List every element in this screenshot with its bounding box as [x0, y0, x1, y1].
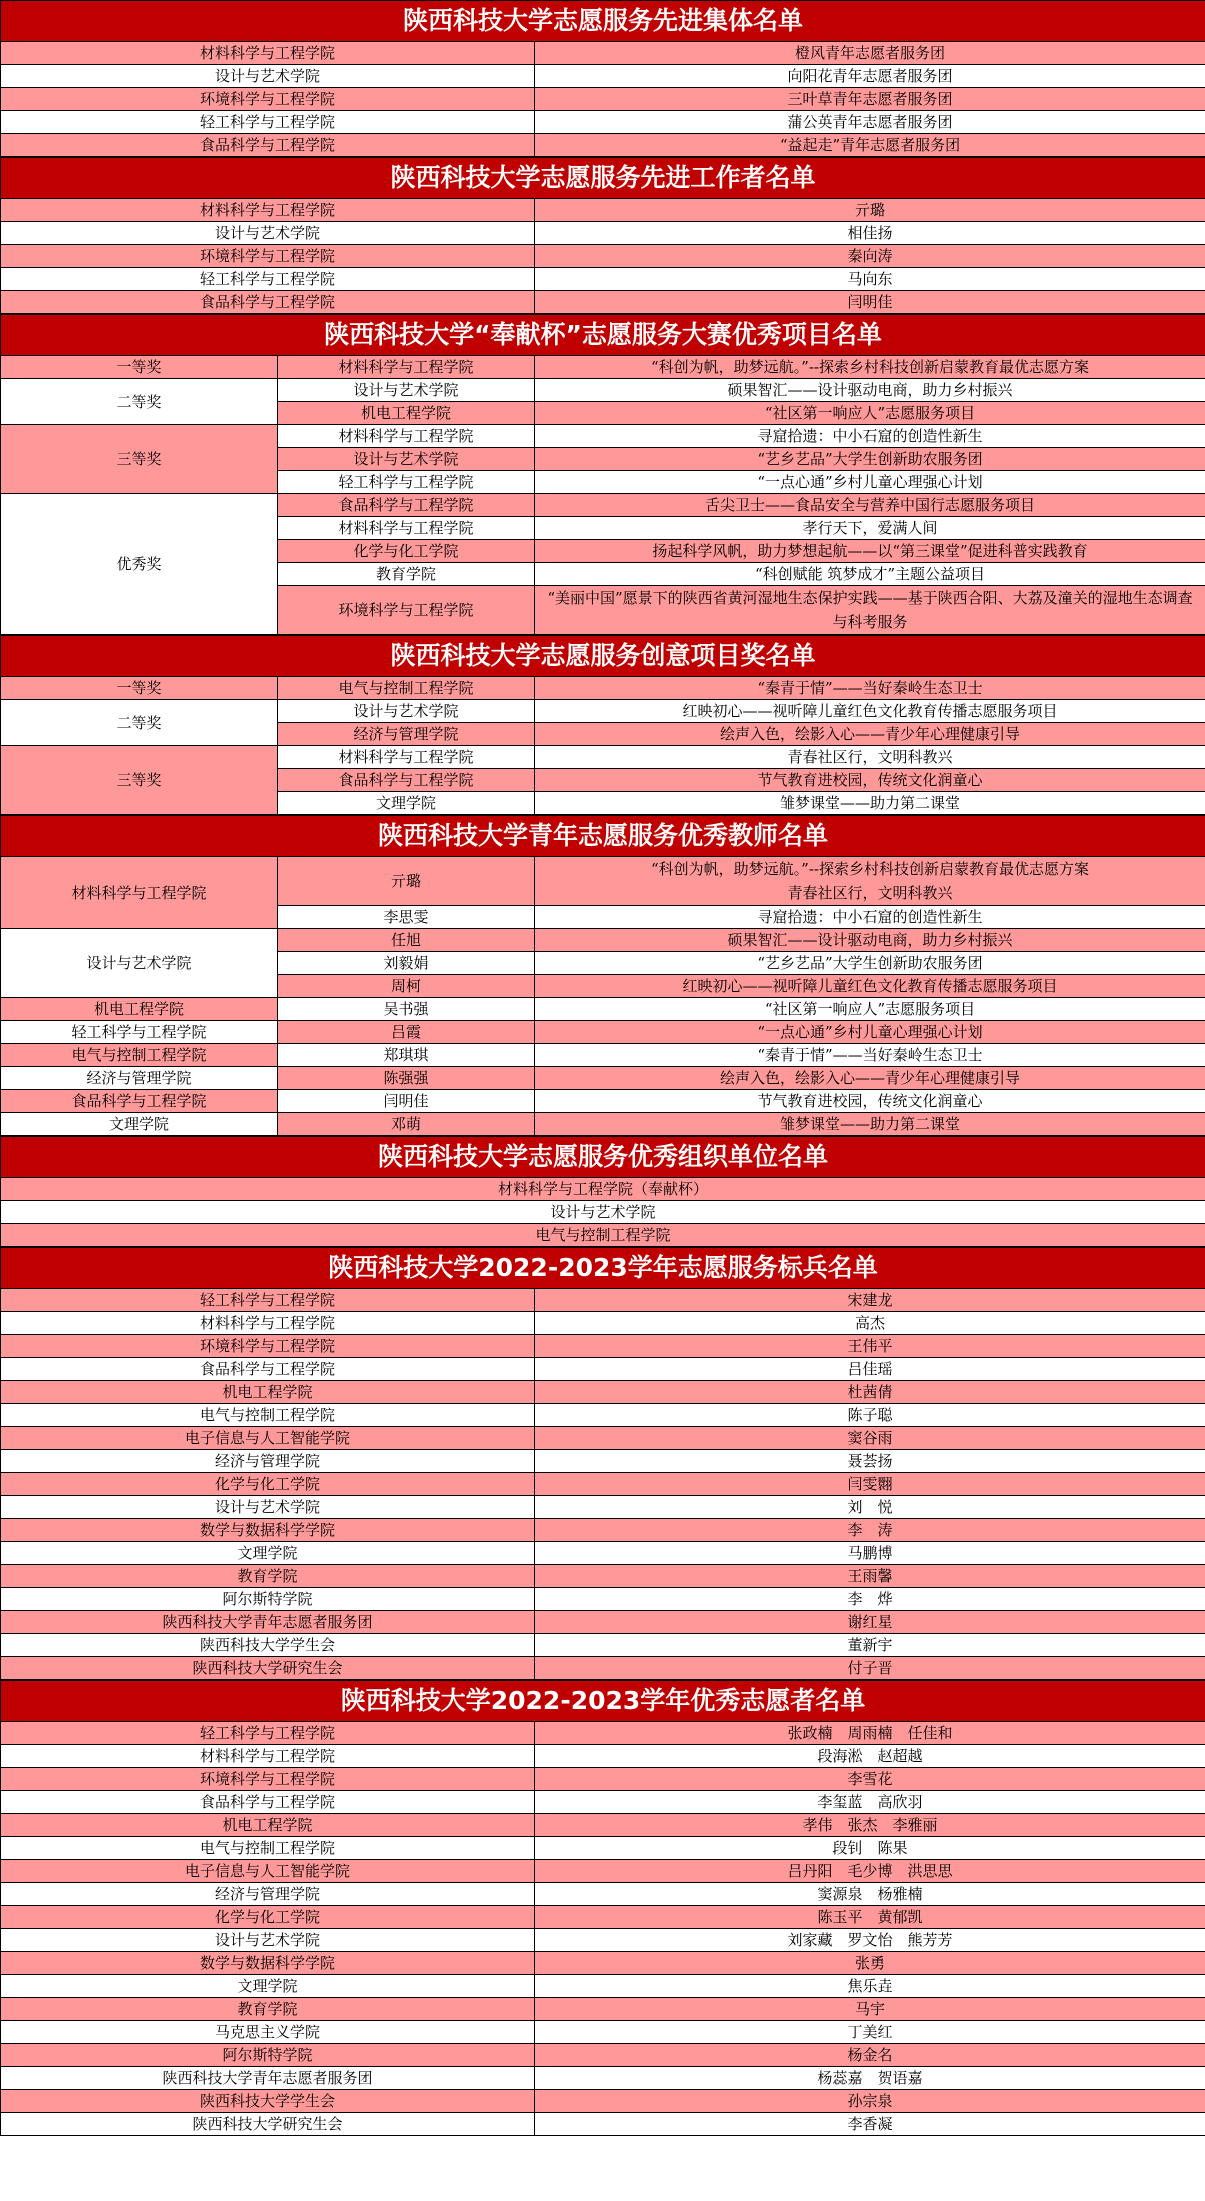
- award-list-document: 陕西科技大学志愿服务先进集体名单材料科学与工程学院橙风青年志愿者服务团设计与艺术…: [0, 0, 1205, 2136]
- section-title: 陕西科技大学志愿服务优秀组织单位名单: [1, 1137, 1205, 1178]
- table-row: 电气与控制工程学院段钊 陈果: [1, 1837, 1205, 1860]
- table-row: 材料科学与工程学院亓璐“科创为帆，助梦远航。”--探索乡村科技创新启蒙教育最优志…: [1, 857, 1205, 906]
- project-cell: 孝行天下，爱满人间: [535, 517, 1205, 540]
- section-header-row: 陕西科技大学志愿服务先进集体名单: [1, 1, 1205, 42]
- section-title: 陕西科技大学志愿服务先进工作者名单: [1, 158, 1205, 199]
- table-row: 设计与艺术学院: [1, 1201, 1205, 1224]
- teacher-name-cell: 闫明佳: [278, 1090, 535, 1113]
- award-level-cell: 二等奖: [1, 379, 278, 425]
- table-row: 机电工程学院孝伟 张杰 李雅丽: [1, 1814, 1205, 1837]
- college-cell: 电子信息与人工智能学院: [1, 1860, 535, 1883]
- value-cell: 谢红星: [535, 1611, 1205, 1634]
- value-cell: 马鹏博: [535, 1542, 1205, 1565]
- value-cell: 窦源泉 杨雅楠: [535, 1883, 1205, 1906]
- table-row: 马克思主义学院丁美红: [1, 2021, 1205, 2044]
- value-cell: 王雨馨: [535, 1565, 1205, 1588]
- value-cell: 段钊 陈果: [535, 1837, 1205, 1860]
- table-row: 电气与控制工程学院郑琪琪“秦青于情”——当好秦岭生态卫士: [1, 1044, 1205, 1067]
- project-cell: “一点心通”乡村儿童心理强心计划: [535, 1021, 1205, 1044]
- section-title: 陕西科技大学志愿服务创意项目奖名单: [1, 636, 1205, 677]
- section-title: 陕西科技大学“奉献杯”志愿服务大赛优秀项目名单: [1, 315, 1205, 356]
- value-cell: 张政楠 周雨楠 任佳和: [535, 1722, 1205, 1745]
- college-cell: 教育学院: [1, 1565, 535, 1588]
- project-cell: “社区第一响应人”志愿服务项目: [535, 998, 1205, 1021]
- college-cell: 机电工程学院: [1, 1814, 535, 1837]
- teacher-name-cell: 亓璐: [278, 857, 535, 906]
- value-cell: 段海淞 赵超越: [535, 1745, 1205, 1768]
- table-row: 环境科学与工程学院李雪花: [1, 1768, 1205, 1791]
- section-header-row: 陕西科技大学“奉献杯”志愿服务大赛优秀项目名单: [1, 315, 1205, 356]
- section-header-row: 陕西科技大学志愿服务创意项目奖名单: [1, 636, 1205, 677]
- college-cell: 电气与控制工程学院: [278, 677, 535, 700]
- section-header-row: 陕西科技大学青年志愿服务优秀教师名单: [1, 816, 1205, 857]
- table-row: 文理学院邓萌雏梦课堂——助力第二课堂: [1, 1113, 1205, 1136]
- project-cell: “科创为帆，助梦远航。”--探索乡村科技创新启蒙教育最优志愿方案: [535, 356, 1205, 379]
- table-row: 三等奖材料科学与工程学院寻窟拾遗：中小石窟的创造性新生: [1, 425, 1205, 448]
- table-row: 材料科学与工程学院高杰: [1, 1312, 1205, 1335]
- table-row: 二等奖设计与艺术学院硕果智汇——设计驱动电商，助力乡村振兴: [1, 379, 1205, 402]
- project-cell: 节气教育进校园，传统文化润童心: [535, 769, 1205, 792]
- table-row: 轻工科学与工程学院宋建龙: [1, 1289, 1205, 1312]
- college-cell: 轻工科学与工程学院: [1, 1722, 535, 1745]
- college-cell: 阿尔斯特学院: [1, 1588, 535, 1611]
- college-cell: 设计与艺术学院: [1, 65, 535, 88]
- college-cell: 电气与控制工程学院: [1, 1404, 535, 1427]
- section-title: 陕西科技大学志愿服务先进集体名单: [1, 1, 1205, 42]
- college-cell: 陕西科技大学青年志愿者服务团: [1, 2067, 535, 2090]
- college-cell: 材料科学与工程学院: [278, 425, 535, 448]
- value-cell: 宋建龙: [535, 1289, 1205, 1312]
- value-cell: 丁美红: [535, 2021, 1205, 2044]
- table-row: 食品科学与工程学院吕佳瑶: [1, 1358, 1205, 1381]
- table-row: 数学与数据科学学院张勇: [1, 1952, 1205, 1975]
- project-cell: 红映初心——视听障儿童红色文化教育传播志愿服务项目: [535, 700, 1205, 723]
- college-cell: 轻工科学与工程学院: [1, 268, 535, 291]
- volunteer-models-table: 陕西科技大学2022-2023学年志愿服务标兵名单轻工科学与工程学院宋建龙材料科…: [0, 1247, 1205, 1680]
- table-row: 化学与化工学院陈玉平 黄郁凯: [1, 1906, 1205, 1929]
- project-cell: 寻窟拾遗：中小石窟的创造性新生: [535, 906, 1205, 929]
- college-cell: 环境科学与工程学院: [1, 88, 535, 111]
- table-row: 陕西科技大学学生会孙宗泉: [1, 2090, 1205, 2113]
- college-cell: 经济与管理学院: [1, 1067, 278, 1090]
- value-cell: 吕丹阳 毛少博 洪思思: [535, 1860, 1205, 1883]
- college-cell: 数学与数据科学学院: [1, 1952, 535, 1975]
- table-row: 材料科学与工程学院（奉献杯）: [1, 1178, 1205, 1201]
- college-cell: 经济与管理学院: [1, 1450, 535, 1473]
- table-row: 环境科学与工程学院三叶草青年志愿者服务团: [1, 88, 1205, 111]
- project-cell: 绘声入色，绘影入心——青少年心理健康引导: [535, 1067, 1205, 1090]
- college-cell: 轻工科学与工程学院: [1, 1289, 535, 1312]
- table-row: 轻工科学与工程学院吕霞“一点心通”乡村儿童心理强心计划: [1, 1021, 1205, 1044]
- table-row: 机电工程学院吴书强“社区第一响应人”志愿服务项目: [1, 998, 1205, 1021]
- project-cell: “美丽中国”愿景下的陕西省黄河湿地生态保护实践——基于陕西合阳、大荔及潼关的湿地…: [535, 586, 1205, 635]
- table-row: 三等奖材料科学与工程学院青春社区行，文明科教兴: [1, 746, 1205, 769]
- section-header-row: 陕西科技大学志愿服务优秀组织单位名单: [1, 1137, 1205, 1178]
- project-line: 青春社区行，文明科教兴: [537, 881, 1203, 905]
- college-cell: 教育学院: [278, 563, 535, 586]
- college-cell: 食品科学与工程学院: [278, 769, 535, 792]
- table-row: 食品科学与工程学院李玺蓝 高欣羽: [1, 1791, 1205, 1814]
- project-cell: 硕果智汇——设计驱动电商，助力乡村振兴: [535, 929, 1205, 952]
- table-row: 阿尔斯特学院杨金名: [1, 2044, 1205, 2067]
- college-cell: 环境科学与工程学院: [278, 586, 535, 635]
- college-cell: 设计与艺术学院: [278, 379, 535, 402]
- project-cell: 绘声入色，绘影入心——青少年心理健康引导: [535, 723, 1205, 746]
- section-title: 陕西科技大学青年志愿服务优秀教师名单: [1, 816, 1205, 857]
- table-row: 电气与控制工程学院: [1, 1224, 1205, 1247]
- project-line: “科创为帆，助梦远航。”--探索乡村科技创新启蒙教育最优志愿方案: [537, 857, 1203, 881]
- value-cell: 刘 悦: [535, 1496, 1205, 1519]
- project-cell: 雏梦课堂——助力第二课堂: [535, 792, 1205, 815]
- table-row: 环境科学与工程学院秦向涛: [1, 245, 1205, 268]
- college-cell: 轻工科学与工程学院: [278, 471, 535, 494]
- table-row: 教育学院马宇: [1, 1998, 1205, 2021]
- table-row: 文理学院焦乐垚: [1, 1975, 1205, 1998]
- project-cell: 红映初心——视听障儿童红色文化教育传播志愿服务项目: [535, 975, 1205, 998]
- college-cell: 教育学院: [1, 1998, 535, 2021]
- college-cell: 文理学院: [1, 1542, 535, 1565]
- table-row: 经济与管理学院陈强强绘声入色，绘影入心——青少年心理健康引导: [1, 1067, 1205, 1090]
- project-cell: 舌尖卫士——食品安全与营养中国行志愿服务项目: [535, 494, 1205, 517]
- teacher-name-cell: 陈强强: [278, 1067, 535, 1090]
- value-cell: 亓璐: [535, 199, 1205, 222]
- value-cell: 焦乐垚: [535, 1975, 1205, 1998]
- table-row: 食品科学与工程学院闫明佳节气教育进校园，传统文化润童心: [1, 1090, 1205, 1113]
- college-cell: 材料科学与工程学院: [1, 199, 535, 222]
- college-cell: 化学与化工学院: [278, 540, 535, 563]
- table-row: 陕西科技大学学生会董新宇: [1, 1634, 1205, 1657]
- college-cell: 机电工程学院: [278, 402, 535, 425]
- excellent-volunteers-table: 陕西科技大学2022-2023学年优秀志愿者名单轻工科学与工程学院张政楠 周雨楠…: [0, 1680, 1205, 2136]
- value-cell: 杜茜倩: [535, 1381, 1205, 1404]
- college-cell: 材料科学与工程学院: [278, 356, 535, 379]
- value-cell: 杨蕊嘉 贺语嘉: [535, 2067, 1205, 2090]
- value-cell: 橙风青年志愿者服务团: [535, 42, 1205, 65]
- college-cell: 数学与数据科学学院: [1, 1519, 535, 1542]
- college-cell: 设计与艺术学院: [278, 700, 535, 723]
- value-cell: 闫明佳: [535, 291, 1205, 314]
- value-cell: 高杰: [535, 1312, 1205, 1335]
- college-cell: 食品科学与工程学院: [1, 291, 535, 314]
- value-cell: “益起走”青年志愿者服务团: [535, 134, 1205, 157]
- value-cell: 董新宇: [535, 1634, 1205, 1657]
- value-cell: 李 烨: [535, 1588, 1205, 1611]
- table-row: 设计与艺术学院相佳扬: [1, 222, 1205, 245]
- college-cell: 环境科学与工程学院: [1, 1768, 535, 1791]
- value-cell: 三叶草青年志愿者服务团: [535, 88, 1205, 111]
- college-cell: 机电工程学院: [1, 998, 278, 1021]
- college-cell: 设计与艺术学院: [1, 222, 535, 245]
- teacher-name-cell: 郑琪琪: [278, 1044, 535, 1067]
- table-row: 设计与艺术学院向阳花青年志愿者服务团: [1, 65, 1205, 88]
- project-cell: “秦青于情”——当好秦岭生态卫士: [535, 677, 1205, 700]
- table-row: 化学与化工学院闫雯翾: [1, 1473, 1205, 1496]
- teacher-name-cell: 吴书强: [278, 998, 535, 1021]
- project-cell: “一点心通”乡村儿童心理强心计划: [535, 471, 1205, 494]
- table-row: 材料科学与工程学院段海淞 赵超越: [1, 1745, 1205, 1768]
- project-cell: 节气教育进校园，传统文化润童心: [535, 1090, 1205, 1113]
- table-row: 材料科学与工程学院亓璐: [1, 199, 1205, 222]
- college-cell: 电气与控制工程学院: [1, 1044, 278, 1067]
- award-level-cell: 一等奖: [1, 356, 278, 379]
- project-cell: “科创为帆，助梦远航。”--探索乡村科技创新启蒙教育最优志愿方案青春社区行，文明…: [535, 857, 1205, 906]
- table-row: 设计与艺术学院刘家藏 罗文怡 熊芳芳: [1, 1929, 1205, 1952]
- project-cell: “艺乡艺品”大学生创新助农服务团: [535, 448, 1205, 471]
- project-cell: 寻窟拾遗：中小石窟的创造性新生: [535, 425, 1205, 448]
- value-cell: 窦谷雨: [535, 1427, 1205, 1450]
- teacher-name-cell: 刘毅娟: [278, 952, 535, 975]
- college-cell: 设计与艺术学院: [1, 1496, 535, 1519]
- contest-projects-table: 陕西科技大学“奉献杯”志愿服务大赛优秀项目名单一等奖材料科学与工程学院“科创为帆…: [0, 314, 1205, 635]
- table-row: 食品科学与工程学院闫明佳: [1, 291, 1205, 314]
- table-row: 一等奖电气与控制工程学院“秦青于情”——当好秦岭生态卫士: [1, 677, 1205, 700]
- value-cell: 张勇: [535, 1952, 1205, 1975]
- creative-projects-table: 陕西科技大学志愿服务创意项目奖名单一等奖电气与控制工程学院“秦青于情”——当好秦…: [0, 635, 1205, 815]
- teacher-name-cell: 周柯: [278, 975, 535, 998]
- value-cell: 吕佳瑶: [535, 1358, 1205, 1381]
- college-cell: 陕西科技大学学生会: [1, 2090, 535, 2113]
- organization-cell: 电气与控制工程学院: [1, 1224, 1205, 1247]
- college-cell: 马克思主义学院: [1, 2021, 535, 2044]
- table-row: 教育学院王雨馨: [1, 1565, 1205, 1588]
- table-row: 一等奖材料科学与工程学院“科创为帆，助梦远航。”--探索乡村科技创新启蒙教育最优…: [1, 356, 1205, 379]
- college-cell: 电气与控制工程学院: [1, 1837, 535, 1860]
- award-level-cell: 三等奖: [1, 425, 278, 494]
- college-cell: 陕西科技大学研究生会: [1, 1657, 535, 1680]
- college-cell: 陕西科技大学青年志愿者服务团: [1, 1611, 535, 1634]
- value-cell: 向阳花青年志愿者服务团: [535, 65, 1205, 88]
- excellent-organizations-table: 陕西科技大学志愿服务优秀组织单位名单材料科学与工程学院（奉献杯）设计与艺术学院电…: [0, 1136, 1205, 1247]
- project-cell: “科创赋能 筑梦成才”主题公益项目: [535, 563, 1205, 586]
- college-cell: 化学与化工学院: [1, 1906, 535, 1929]
- value-cell: 李 涛: [535, 1519, 1205, 1542]
- value-cell: 孝伟 张杰 李雅丽: [535, 1814, 1205, 1837]
- college-cell: 材料科学与工程学院: [278, 746, 535, 769]
- teacher-name-cell: 任旭: [278, 929, 535, 952]
- section-header-row: 陕西科技大学2022-2023学年志愿服务标兵名单: [1, 1248, 1205, 1289]
- table-row: 优秀奖食品科学与工程学院舌尖卫士——食品安全与营养中国行志愿服务项目: [1, 494, 1205, 517]
- organization-cell: 材料科学与工程学院（奉献杯）: [1, 1178, 1205, 1201]
- table-row: 食品科学与工程学院“益起走”青年志愿者服务团: [1, 134, 1205, 157]
- college-cell: 文理学院: [278, 792, 535, 815]
- value-cell: 陈玉平 黄郁凯: [535, 1906, 1205, 1929]
- project-cell: “秦青于情”——当好秦岭生态卫士: [535, 1044, 1205, 1067]
- value-cell: 李雪花: [535, 1768, 1205, 1791]
- table-row: 电气与控制工程学院陈子聪: [1, 1404, 1205, 1427]
- table-row: 经济与管理学院窦源泉 杨雅楠: [1, 1883, 1205, 1906]
- excellent-teachers-table: 陕西科技大学青年志愿服务优秀教师名单材料科学与工程学院亓璐“科创为帆，助梦远航。…: [0, 815, 1205, 1136]
- table-row: 经济与管理学院聂荟扬: [1, 1450, 1205, 1473]
- table-row: 机电工程学院杜茜倩: [1, 1381, 1205, 1404]
- value-cell: 陈子聪: [535, 1404, 1205, 1427]
- teacher-name-cell: 邓萌: [278, 1113, 535, 1136]
- value-cell: 蒲公英青年志愿者服务团: [535, 111, 1205, 134]
- college-cell: 电子信息与人工智能学院: [1, 1427, 535, 1450]
- project-cell: 硕果智汇——设计驱动电商，助力乡村振兴: [535, 379, 1205, 402]
- table-row: 陕西科技大学研究生会付子晋: [1, 1657, 1205, 1680]
- table-row: 材料科学与工程学院橙风青年志愿者服务团: [1, 42, 1205, 65]
- table-row: 环境科学与工程学院王伟平: [1, 1335, 1205, 1358]
- table-row: 电子信息与人工智能学院吕丹阳 毛少博 洪思思: [1, 1860, 1205, 1883]
- college-cell: 阿尔斯特学院: [1, 2044, 535, 2067]
- college-cell: 材料科学与工程学院: [1, 1312, 535, 1335]
- college-cell: 文理学院: [1, 1975, 535, 1998]
- project-cell: “艺乡艺品”大学生创新助农服务团: [535, 952, 1205, 975]
- college-cell: 设计与艺术学院: [278, 448, 535, 471]
- college-cell: 化学与化工学院: [1, 1473, 535, 1496]
- value-cell: 马向东: [535, 268, 1205, 291]
- value-cell: 马宇: [535, 1998, 1205, 2021]
- project-cell: “社区第一响应人”志愿服务项目: [535, 402, 1205, 425]
- project-cell: 青春社区行，文明科教兴: [535, 746, 1205, 769]
- college-cell: 经济与管理学院: [278, 723, 535, 746]
- section-title: 陕西科技大学2022-2023学年优秀志愿者名单: [1, 1681, 1205, 1722]
- award-level-cell: 一等奖: [1, 677, 278, 700]
- value-cell: 杨金名: [535, 2044, 1205, 2067]
- award-level-cell: 优秀奖: [1, 494, 278, 635]
- table-row: 数学与数据科学学院李 涛: [1, 1519, 1205, 1542]
- table-row: 轻工科学与工程学院张政楠 周雨楠 任佳和: [1, 1722, 1205, 1745]
- college-cell: 设计与艺术学院: [1, 929, 278, 998]
- award-level-cell: 二等奖: [1, 700, 278, 746]
- table-row: 陕西科技大学研究生会李香凝: [1, 2113, 1205, 2136]
- table-row: 文理学院马鹏博: [1, 1542, 1205, 1565]
- table-row: 阿尔斯特学院李 烨: [1, 1588, 1205, 1611]
- value-cell: 李玺蓝 高欣羽: [535, 1791, 1205, 1814]
- college-cell: 材料科学与工程学院: [1, 857, 278, 929]
- college-cell: 轻工科学与工程学院: [1, 111, 535, 134]
- project-cell: 扬起科学风帆，助力梦想起航——以“第三课堂”促进科普实践教育: [535, 540, 1205, 563]
- value-cell: 聂荟扬: [535, 1450, 1205, 1473]
- table-row: 二等奖设计与艺术学院红映初心——视听障儿童红色文化教育传播志愿服务项目: [1, 700, 1205, 723]
- value-cell: 孙宗泉: [535, 2090, 1205, 2113]
- college-cell: 食品科学与工程学院: [278, 494, 535, 517]
- college-cell: 陕西科技大学研究生会: [1, 2113, 535, 2136]
- table-row: 陕西科技大学青年志愿者服务团谢红星: [1, 1611, 1205, 1634]
- advanced-workers-table: 陕西科技大学志愿服务先进工作者名单材料科学与工程学院亓璐设计与艺术学院相佳扬环境…: [0, 157, 1205, 314]
- value-cell: 闫雯翾: [535, 1473, 1205, 1496]
- award-level-cell: 三等奖: [1, 746, 278, 815]
- college-cell: 环境科学与工程学院: [1, 1335, 535, 1358]
- advanced-collective-table: 陕西科技大学志愿服务先进集体名单材料科学与工程学院橙风青年志愿者服务团设计与艺术…: [0, 0, 1205, 157]
- college-cell: 食品科学与工程学院: [1, 1791, 535, 1814]
- college-cell: 材料科学与工程学院: [1, 1745, 535, 1768]
- college-cell: 经济与管理学院: [1, 1883, 535, 1906]
- value-cell: 刘家藏 罗文怡 熊芳芳: [535, 1929, 1205, 1952]
- table-row: 设计与艺术学院刘 悦: [1, 1496, 1205, 1519]
- section-title: 陕西科技大学2022-2023学年志愿服务标兵名单: [1, 1248, 1205, 1289]
- college-cell: 设计与艺术学院: [1, 1929, 535, 1952]
- section-header-row: 陕西科技大学志愿服务先进工作者名单: [1, 158, 1205, 199]
- table-row: 轻工科学与工程学院马向东: [1, 268, 1205, 291]
- section-header-row: 陕西科技大学2022-2023学年优秀志愿者名单: [1, 1681, 1205, 1722]
- college-cell: 食品科学与工程学院: [1, 134, 535, 157]
- value-cell: 付子晋: [535, 1657, 1205, 1680]
- college-cell: 陕西科技大学学生会: [1, 1634, 535, 1657]
- project-cell: 雏梦课堂——助力第二课堂: [535, 1113, 1205, 1136]
- college-cell: 轻工科学与工程学院: [1, 1021, 278, 1044]
- value-cell: 秦向涛: [535, 245, 1205, 268]
- college-cell: 材料科学与工程学院: [278, 517, 535, 540]
- college-cell: 材料科学与工程学院: [1, 42, 535, 65]
- value-cell: 李香凝: [535, 2113, 1205, 2136]
- value-cell: 王伟平: [535, 1335, 1205, 1358]
- table-row: 陕西科技大学青年志愿者服务团杨蕊嘉 贺语嘉: [1, 2067, 1205, 2090]
- organization-cell: 设计与艺术学院: [1, 1201, 1205, 1224]
- teacher-name-cell: 李思雯: [278, 906, 535, 929]
- value-cell: 相佳扬: [535, 222, 1205, 245]
- college-cell: 食品科学与工程学院: [1, 1358, 535, 1381]
- college-cell: 环境科学与工程学院: [1, 245, 535, 268]
- table-row: 电子信息与人工智能学院窦谷雨: [1, 1427, 1205, 1450]
- table-row: 设计与艺术学院任旭硕果智汇——设计驱动电商，助力乡村振兴: [1, 929, 1205, 952]
- college-cell: 机电工程学院: [1, 1381, 535, 1404]
- college-cell: 文理学院: [1, 1113, 278, 1136]
- college-cell: 食品科学与工程学院: [1, 1090, 278, 1113]
- teacher-name-cell: 吕霞: [278, 1021, 535, 1044]
- table-row: 轻工科学与工程学院蒲公英青年志愿者服务团: [1, 111, 1205, 134]
